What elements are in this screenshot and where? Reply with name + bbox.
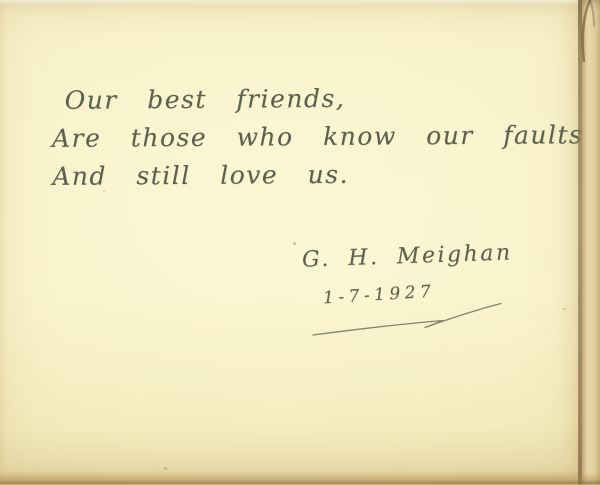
book-pages-edge — [582, 0, 600, 485]
paper-speck — [103, 190, 105, 192]
page-top-edge — [0, 0, 581, 6]
verse-line: Are those who know our faults, — [52, 116, 593, 158]
paper-page: Our best friends, Are those who know our… — [0, 0, 581, 485]
album-page-scan: Our best friends, Are those who know our… — [0, 0, 600, 485]
paper-speck — [563, 308, 566, 310]
signature: G. H. Meighan — [302, 240, 513, 272]
date: 1-7-1927 — [322, 282, 435, 309]
verse-block: Our best friends, Are those who know our… — [52, 78, 594, 196]
verse-line: And still love us. — [52, 154, 593, 196]
paper-speck — [293, 242, 296, 245]
verse-line: Our best friends, — [52, 78, 593, 120]
paper-speck — [164, 467, 167, 470]
